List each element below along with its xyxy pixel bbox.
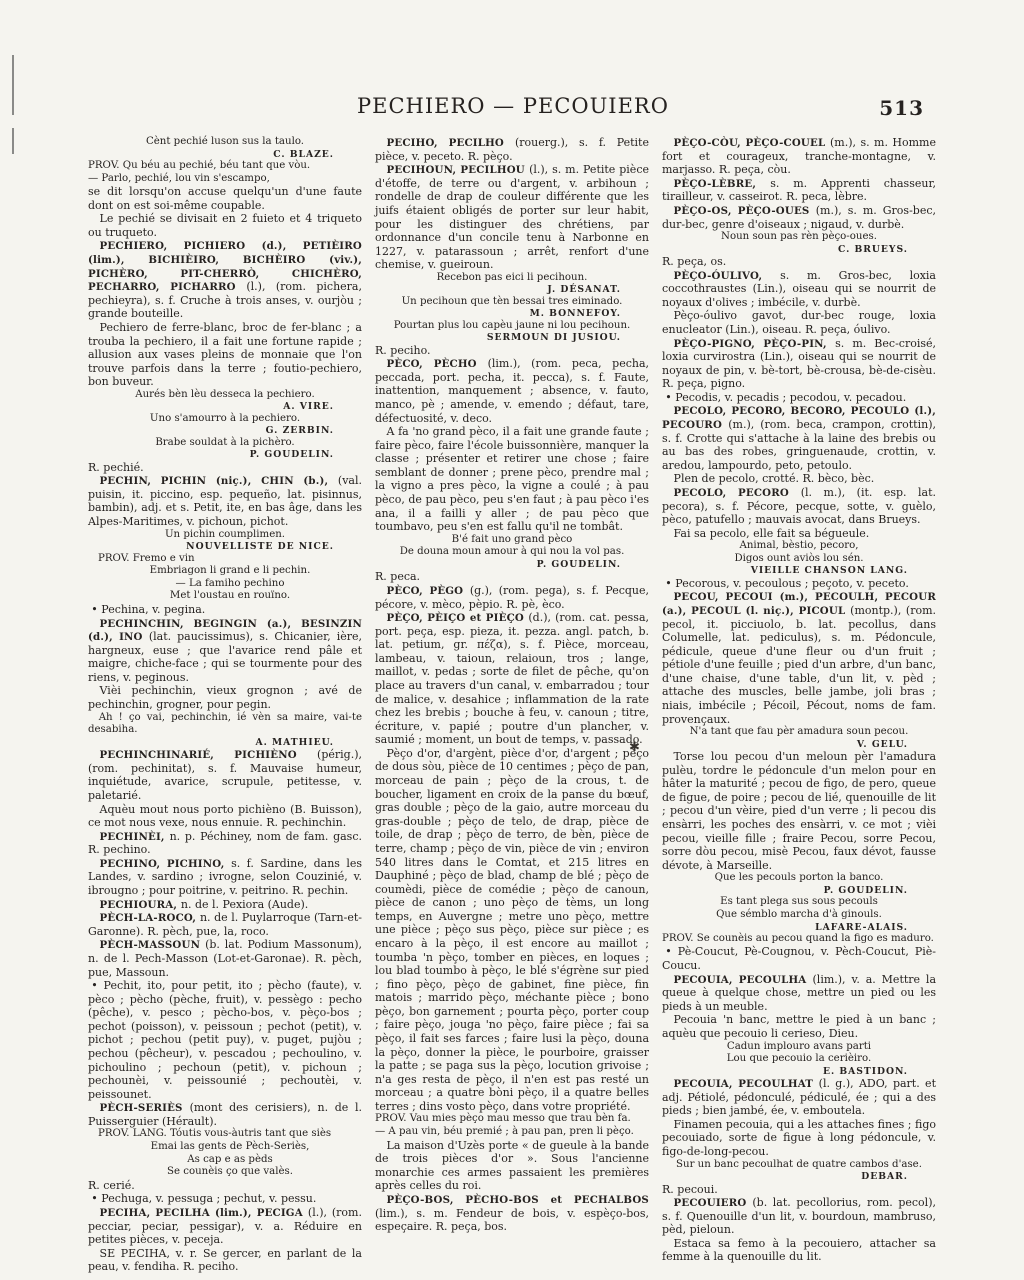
- page-content: PECHIERO — PECOUIERO 513 Cènt pechié lus…: [88, 94, 938, 1274]
- entry-headword: PECHIN, PICHIN (niç.), CHIN (b.),: [100, 475, 338, 487]
- proverb-verse: PROV. Fremo e vinEmbriagon li grand e li…: [88, 553, 362, 603]
- dictionary-entry: PÈÇO-CÒU, PÈÇO-COUEL (m.), s. m. Homme f…: [662, 136, 936, 177]
- entry-headword: PECOUIERO: [674, 1197, 753, 1209]
- citation-author: P. GOUDELIN.: [375, 559, 649, 570]
- paragraph: R. cerié.: [88, 1179, 362, 1193]
- citation-author: P. GOUDELIN.: [88, 449, 362, 460]
- dictionary-entry: PECHINO, PICHINO, s. f. Sardine, dans le…: [88, 857, 362, 898]
- proverb-line: PROV. Qu béu au pechié, béu tant que vòu…: [88, 160, 362, 173]
- dictionary-entry: PECHINCHINARIÉ, PICHIÈNO (périg.), (rom.…: [88, 748, 362, 802]
- dictionary-entry: PECIHO, PECILHO (rouerg.), s. f. Petite …: [375, 136, 649, 163]
- verse-quotation: Pourtan plus lou capèu jaune ni lou peci…: [375, 320, 649, 333]
- margin-asterisk: ✱: [629, 740, 640, 755]
- paragraph: R. peciho.: [375, 344, 649, 358]
- page-header: PECHIERO — PECOUIERO 513: [88, 94, 938, 128]
- dictionary-entry: PECOLO, PECORO (l. m.), (it. esp. lat. p…: [662, 486, 936, 527]
- dictionary-entry: PECOUIA, PECOULHAT (l. g.), ADO, part. e…: [662, 1077, 936, 1118]
- paragraph: Pèço-óulivo gavot, dur-bec rouge, loxia …: [662, 309, 936, 336]
- cross-reference-note: • Pechina, v. pegina.: [88, 603, 362, 617]
- entry-headword: PECHINÈI,: [100, 831, 170, 843]
- dictionary-entry: PÈÇO-BOS, PÈCHO-BOS et PECHALBOS (lim.),…: [375, 1193, 649, 1234]
- verse-quotation: Un pichin coumplimen.: [88, 529, 362, 542]
- citation-author: LAFARE-ALAIS.: [662, 922, 936, 933]
- dictionary-entry: PECOLO, PECORO, BECORO, PECOULO (l.), PE…: [662, 404, 936, 472]
- paragraph: R. peca.: [375, 570, 649, 584]
- dictionary-entry: PÈCH-SERIÈS (mont des cerisiers), n. de …: [88, 1101, 362, 1128]
- entry-headword: PECOUIA, PECOULHAT: [674, 1078, 819, 1090]
- dictionary-entry: PÈÇO-LÈBRE, s. m. Apprenti chasseur, tir…: [662, 177, 936, 204]
- verse-quotation: Recebon pas eici li pecihoun.: [375, 272, 649, 285]
- dictionary-entry: PÈCO, PÈGO (g.), (rom. pega), s. f. Pecq…: [375, 584, 649, 611]
- citation-author: NOUVELLISTE DE NICE.: [88, 541, 362, 552]
- citation-author: C. BRUEYS.: [662, 244, 936, 255]
- dictionary-entry: PÈCH-LA-ROCO, n. de l. Puylarroque (Tarn…: [88, 911, 362, 938]
- verse-quotation: Aurés bèn lèu desseca la pechiero.: [88, 389, 362, 402]
- paragraph: R. pecoui.: [662, 1183, 936, 1197]
- entry-headword: PECOUIA, PECOULHA: [674, 974, 813, 986]
- paragraph: Torse lou pecou d'un meloun pèr l'amadur…: [662, 750, 936, 872]
- paragraph: Aquèu mout nous porto pichièno (B. Buiss…: [88, 803, 362, 830]
- dictionary-entry: PÈCO, PÈCHO (lim.), (rom. peca, pecha, p…: [375, 357, 649, 425]
- proverb-line: PROV. Vau mies pèço mau messo que trau b…: [375, 1113, 649, 1126]
- paragraph: R. peça, os.: [662, 255, 936, 269]
- column-1: Cènt pechié luson sus la taulo.C. BLAZE.…: [88, 136, 362, 1274]
- verse-quotation: Sur un banc pecoulhat de quatre cambos d…: [662, 1159, 936, 1172]
- proverb-line: — A pau vin, béu premié ; à pau pan, pre…: [375, 1126, 649, 1139]
- verse-quotation: Brabe souldat à la pichèro.: [88, 437, 362, 450]
- entry-headword: PÈÇO-PIGNO, PÈÇO-PIN,: [674, 338, 836, 350]
- cross-reference-note: • Pecorous, v. pecoulous ; peçoto, v. pe…: [662, 577, 936, 591]
- paragraph: SE PECIHA, v. r. Se gercer, en parlant d…: [88, 1247, 362, 1274]
- dictionary-entry: PÈÇO-ÓULIVO, s. m. Gros-bec, loxia cocco…: [662, 269, 936, 310]
- verse-quotation: Uno s'amourro à la pechiero.: [88, 413, 362, 426]
- verse-quotation: Cadun implouro avans partiLou que pecoui…: [662, 1041, 936, 1066]
- entry-headword: PECHIERO, PICHIERO (d.), PETIÈIRO (lim.)…: [88, 240, 362, 293]
- paragraph: Vièi pechinchin, vieux grognon ; avé de …: [88, 684, 362, 711]
- proverb-line: — Parlo, pechié, lou vin s'escampo,: [88, 173, 362, 186]
- scan-edge-mark: [12, 55, 14, 115]
- proverb-verse: PROV. LANG. Tóutis vous-àutris tant que …: [88, 1128, 362, 1178]
- entry-headword: PECOU, PECOUI (m.), PECOULH, PECOUR (a.)…: [662, 591, 936, 617]
- verse-quotation: Cènt pechié luson sus la taulo.: [88, 136, 362, 149]
- dictionary-entry: PECHINÈI, n. p. Péchiney, nom de fam. ga…: [88, 830, 362, 857]
- cross-reference-note: • Pecodis, v. pecadis ; pecodou, v. peca…: [662, 391, 936, 405]
- paragraph: Le pechié se divisait en 2 fuieto et 4 t…: [88, 212, 362, 239]
- paragraph: Ah ! ço vai, pechinchin, ié vèn sa maire…: [88, 712, 362, 737]
- dictionary-entry: PECOUIERO (b. lat. pecollorius, rom. pec…: [662, 1196, 936, 1237]
- entry-headword: PÈÇO-OS, PÈÇO-OUES: [674, 205, 816, 217]
- dictionary-entry: PECOU, PECOUI (m.), PECOULH, PECOUR (a.)…: [662, 590, 936, 726]
- cross-reference-note: • Pechit, ito, pour petit, ito ; pècho (…: [88, 979, 362, 1101]
- entry-headword: PECIHOUN, PECILHOU: [387, 164, 530, 176]
- page-number: 513: [879, 96, 924, 120]
- entry-headword: PÈCO, PÈCHO: [387, 358, 488, 370]
- dictionary-entry: PECHINCHIN, BEGINGIN (a.), BESINZIN (d.)…: [88, 617, 362, 685]
- entry-headword: PECOLO, PECORO: [674, 487, 801, 499]
- paragraph: Finamen pecouia, qui a les attaches fine…: [662, 1118, 936, 1159]
- dictionary-page-scan: PECHIERO — PECOUIERO 513 Cènt pechié lus…: [0, 0, 1024, 1280]
- paragraph: se dit lorsqu'on accuse quelqu'un d'une …: [88, 185, 362, 212]
- verse-quotation: N'a tant que fau pèr amadura soun pecou.: [662, 726, 936, 739]
- citation-author: A. MATHIEU.: [88, 737, 362, 748]
- paragraph: Plen de pecolo, crotté. R. bèco, bèc.: [662, 472, 936, 486]
- verse-quotation: B'é fait uno grand pècoDe douna moun amo…: [375, 534, 649, 559]
- entry-headword: PÈCH-MASSOUN: [100, 939, 206, 951]
- verse-quotation: Noun soun pas rèn pèço-oues.: [662, 231, 936, 244]
- entry-headword: PÈÇO-ÓULIVO,: [674, 270, 781, 282]
- dictionary-entry: PÈCH-MASSOUN (b. lat. Podium Massonum), …: [88, 938, 362, 979]
- entry-headword: PECHINCHINARIÉ, PICHIÈNO: [100, 749, 318, 761]
- cross-reference-note: • Pechuga, v. pessuga ; pechut, v. pessu…: [88, 1192, 362, 1206]
- dictionary-entry: PÈÇO-OS, PÈÇO-OUES (m.), s. m. Gros-bec,…: [662, 204, 936, 231]
- entry-headword: PÈÇO-CÒU, PÈÇO-COUEL: [674, 137, 830, 149]
- paragraph: Pechiero de ferre-blanc, broc de fer-bla…: [88, 321, 362, 389]
- verse-quotation: Un pecihoun que tèn bessai tres eiminado…: [375, 296, 649, 309]
- columns: Cènt pechié luson sus la taulo.C. BLAZE.…: [88, 136, 938, 1274]
- dictionary-entry: PECHIN, PICHIN (niç.), CHIN (b.), (val. …: [88, 474, 362, 528]
- paragraph: Estaca sa femo à la pecouiero, attacher …: [662, 1237, 936, 1264]
- dictionary-entry: PECHIERO, PICHIERO (d.), PETIÈIRO (lim.)…: [88, 239, 362, 321]
- citation-author: DEBAR.: [662, 1171, 936, 1182]
- citation-author: VIEILLE CHANSON LANG.: [662, 565, 936, 576]
- citation-author: E. BASTIDON.: [662, 1066, 936, 1077]
- dictionary-entry: PECHIOURA, n. de l. Pexiora (Aude).: [88, 898, 362, 912]
- entry-headword: PÈCH-LA-ROCO,: [100, 912, 200, 924]
- entry-headword: PECOLO, PECORO, BECORO, PECOULO (l.), PE…: [662, 405, 936, 431]
- dictionary-entry: PECIHA, PECILHA (lim.), PECIGA (l.), (ro…: [88, 1206, 362, 1247]
- entry-headword: PÈCO, PÈGO: [387, 585, 470, 597]
- paragraph: La maison d'Uzès porte « de gueule à la …: [375, 1139, 649, 1193]
- cross-reference-note: • Pè-Coucut, Pè-Cougnou, v. Pèch-Coucut,…: [662, 945, 936, 972]
- citation-author: V. GELU.: [662, 739, 936, 750]
- citation-author: G. ZERBIN.: [88, 425, 362, 436]
- verse-quotation: Animal, bèstio, pecoro,Digos ount aviòs …: [662, 540, 936, 565]
- citation-author: P. GOUDELIN.: [662, 885, 936, 896]
- paragraph: R. pechié.: [88, 461, 362, 475]
- paragraph: Pèço d'or, d'argènt, pièce d'or, d'argen…: [375, 747, 649, 1114]
- entry-headword: PÈÇO, PÈIÇO et PIÈÇO: [387, 612, 529, 624]
- dictionary-entry: PECOUIA, PECOULHA (lim.), v. a. Mettre l…: [662, 973, 936, 1014]
- column-3: PÈÇO-CÒU, PÈÇO-COUEL (m.), s. m. Homme f…: [662, 136, 936, 1274]
- dictionary-entry: PÈÇO, PÈIÇO et PIÈÇO (d.), (rom. cat. pe…: [375, 611, 649, 747]
- citation-author: C. BLAZE.: [88, 149, 362, 160]
- citation-author: SERMOUN DI JUSIOU.: [375, 332, 649, 343]
- entry-headword: PECHINO, PICHINO,: [100, 858, 232, 870]
- entry-headword: PÈCH-SERIÈS: [100, 1102, 190, 1114]
- entry-headword: PÈÇO-LÈBRE,: [674, 178, 771, 190]
- entry-headword: PÈÇO-BOS, PÈCHO-BOS et PECHALBOS: [387, 1194, 649, 1206]
- dictionary-entry: PÈÇO-PIGNO, PÈÇO-PIN, s. m. Bec-croisé, …: [662, 337, 936, 391]
- scan-edge-mark: [12, 128, 14, 154]
- citation-author: J. DÉSANAT.: [375, 284, 649, 295]
- citation-author: A. VIRE.: [88, 401, 362, 412]
- verse-quotation: Que les pecouls porton la banco.: [662, 872, 936, 885]
- paragraph: Fai sa pecolo, elle fait sa bégueule.: [662, 527, 936, 541]
- entry-headword: PECHIOURA,: [100, 899, 181, 911]
- citation-author: M. BONNEFOY.: [375, 308, 649, 319]
- entry-headword: PECIHO, PECILHO: [387, 137, 515, 149]
- dictionary-entry: PECIHOUN, PECILHOU (l.), s. m. Petite pi…: [375, 163, 649, 272]
- paragraph: A fa 'no grand pèco, il a fait une grand…: [375, 425, 649, 534]
- entry-headword: PECHINCHIN, BEGINGIN (a.), BESINZIN (d.)…: [88, 618, 362, 644]
- verse-quotation: Es tant plega sus sous pecoulsQue sémblo…: [662, 896, 936, 921]
- entry-headword: PECIHA, PECILHA (lim.), PECIGA: [100, 1207, 308, 1219]
- column-2: PECIHO, PECILHO (rouerg.), s. f. Petite …: [375, 136, 649, 1274]
- page-title: PECHIERO — PECOUIERO: [88, 94, 938, 118]
- paragraph: Pecouia 'n banc, mettre le pied à un ban…: [662, 1013, 936, 1040]
- proverb-line: PROV. Se counèis au pecou quand la figo …: [662, 933, 936, 946]
